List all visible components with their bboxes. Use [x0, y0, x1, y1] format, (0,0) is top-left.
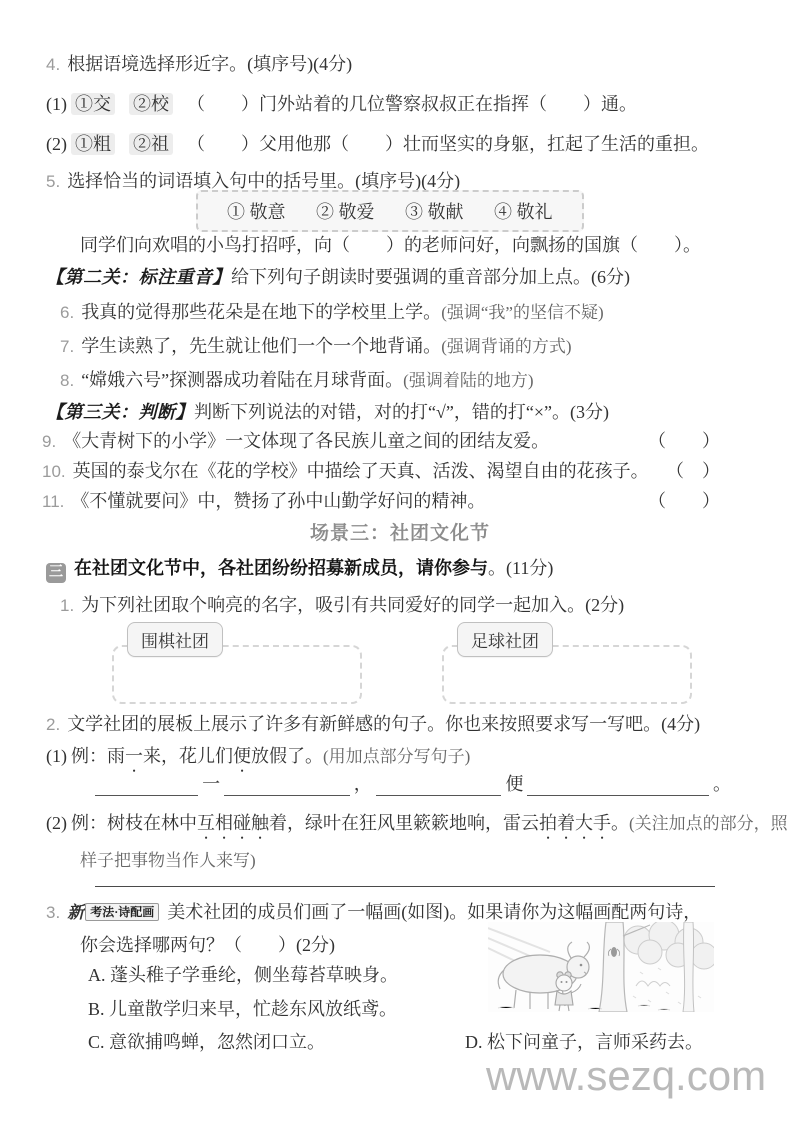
word-bank-option: ① 敬意: [227, 202, 286, 222]
question-9: 9.《大青树下的小学》一文体现了各民族儿童之间的团结友爱。 （ ）: [42, 427, 720, 453]
word-bank-option: ③ 敬献: [405, 202, 464, 222]
question-8: 8.“嫦娥六号”探测器成功着陆在月球背面。(强调着陆的地方): [60, 366, 534, 392]
question-text: 我真的觉得那些花朵是在地下的学校里上学。: [81, 302, 441, 322]
item-prefix: (1): [46, 94, 67, 114]
item-prefix: (2): [46, 813, 67, 833]
part3-question-1: 1.为下列社团取个响亮的名字，吸引有共同爱好的同学一起加入。(2分): [60, 591, 624, 617]
example-text: 例：树枝在林中: [71, 813, 197, 833]
question-number: 8.: [60, 371, 74, 390]
example-text: 放假了。: [251, 746, 323, 766]
blank-underline: [376, 773, 502, 796]
blank-underline: [224, 773, 350, 796]
item-prefix: (1): [46, 746, 67, 766]
question-text: 《不懂就要问》中，赞扬了孙中山勤学好问的精神。: [71, 491, 485, 511]
example-text: 着，绿叶在狂风里簌簌地响，雷云: [269, 813, 539, 833]
question-4-item-2: (2)①粗②祖（ ）父用他那（ ）壮而坚实的身躯，扛起了生活的重担。: [46, 130, 709, 156]
question-text: 学生读熟了，先生就让他们一个一个地背诵。: [81, 336, 441, 356]
choice-chip: ①粗: [71, 133, 115, 155]
question-hint: (强调背诵的方式): [441, 337, 571, 356]
poem-picture-tag: 考法·诗配画: [85, 903, 159, 921]
choice-chip: ②校: [129, 93, 173, 115]
part3-question-3-line2: 你会选择哪两句？（ ）(2分): [80, 931, 335, 957]
part3-question-3-line1: 3.新考法·诗配画美术社团的成员们画了一幅画(如图)。如果请你为这幅画配两句诗，: [46, 898, 701, 924]
judge-text: 10.英国的泰戈尔在《花的学校》中描绘了天真、活泼、渴望自由的花孩子。: [42, 457, 649, 483]
site-watermark: www.sezq.com: [486, 1052, 766, 1100]
question-text: “嫦娥六号”探测器成功着陆在月球背面。: [81, 370, 403, 390]
section-text: 给下列句子朗读时要强调的重音部分加上点。(6分): [231, 267, 630, 287]
judge-text: 9.《大青树下的小学》一文体现了各民族儿童之间的团结友爱。: [42, 427, 549, 453]
question-number: 5.: [46, 172, 60, 191]
question-text: 《大青树下的小学》一文体现了各民族儿童之间的团结友爱。: [63, 431, 549, 451]
word-bank-option: ④ 敬礼: [494, 202, 553, 222]
answer-line: [95, 866, 715, 887]
question-text: 为下列社团取个响亮的名字，吸引有共同爱好的同学一起加入。(2分): [81, 595, 624, 615]
section-text: 判断下列说法的对错，对的打“√”，错的打“×”。(3分): [194, 402, 609, 422]
section-pass2: 【第二关：标注重音】给下列句子朗读时要强调的重音部分加上点。(6分): [46, 263, 630, 289]
question-hint: (强调“我”的坚信不疑): [441, 303, 603, 322]
intro-score: 。(11分): [488, 558, 553, 578]
emphasized-phrase: 互相碰触: [197, 813, 269, 833]
option-d: D. 松下问童子，言师采药去。: [465, 1028, 703, 1054]
question-7: 7.学生读熟了，先生就让他们一个一个地背诵。(强调背诵的方式): [60, 332, 572, 358]
question-6: 6.我真的觉得那些花朵是在地下的学校里上学。(强调“我”的坚信不疑): [60, 298, 604, 324]
fill-blank-line: 一 ， 便 。: [95, 770, 735, 796]
question-number: 3.: [46, 903, 60, 922]
question-text: 文学社团的展板上展示了许多有新鲜感的句子。你也来按照要求写一写吧。(4分): [67, 714, 700, 734]
choice-chip: ①交: [71, 93, 115, 115]
example-text: 例：雨: [71, 746, 125, 766]
answer-paren: （ ）: [666, 457, 720, 483]
scene-heading: 场景三：社团文化节: [0, 518, 800, 545]
club-label-soccer: 足球社团: [457, 622, 553, 657]
question-10: 10.英国的泰戈尔在《花的学校》中描绘了天真、活泼、渴望自由的花孩子。 （ ）: [42, 457, 720, 483]
question-text: 根据语境选择形近字。(填序号)(4分): [67, 54, 352, 74]
club-label-weiqi: 围棋社团: [127, 622, 223, 657]
question-text: 选择恰当的词语填入句中的括号里。(填序号)(4分): [67, 171, 460, 191]
blank-connector: ，: [354, 770, 372, 796]
question-number: 11.: [42, 492, 64, 511]
part3-intro: 三在社团文化节中，各社团纷纷招募新成员，请你参与。(11分): [46, 554, 553, 583]
word-bank-option: ② 敬爱: [316, 202, 375, 222]
poem-illustration: [488, 922, 714, 1012]
question-number: 7.: [60, 337, 74, 356]
question-number: 6.: [60, 303, 74, 322]
answer-paren: （ ）: [648, 427, 720, 453]
item-text: （ ）父用他那（ ）壮而坚实的身躯，扛起了生活的重担。: [187, 134, 709, 154]
question-number: 2.: [46, 715, 60, 734]
cowherd-ox-tree-drawing: [488, 922, 714, 1012]
question-number: 10.: [42, 462, 66, 481]
part3-question-2: 2.文学社团的展板上展示了许多有新鲜感的句子。你也来按照要求写一写吧。(4分): [46, 710, 700, 736]
example-text: 来，花儿们: [143, 746, 233, 766]
emphasized-char: 一: [125, 746, 143, 766]
question-text: 美术社团的成员们画了一幅画(如图)。如果请你为这幅画配两句诗，: [167, 902, 701, 922]
answer-paren: （ ）: [648, 487, 720, 513]
question-number: 4.: [46, 55, 60, 74]
question-4-item-1: (1)①交②校（ ）门外站着的几位警察叔叔正在指挥（ ）通。: [46, 90, 637, 116]
question-hint: (强调着陆的地方): [403, 371, 533, 390]
intro-bold-text: 在社团文化节中，各社团纷纷招募新成员，请你参与: [74, 558, 488, 578]
section-three-badge: 三: [46, 563, 66, 583]
blank-underline: [527, 773, 709, 796]
word-bank: ① 敬意 ② 敬爱 ③ 敬献 ④ 敬礼: [196, 190, 584, 232]
question-4: 4.根据语境选择形近字。(填序号)(4分): [46, 50, 352, 76]
blank-underline: [95, 773, 198, 796]
question-number: 1.: [60, 596, 74, 615]
section-tag: 【第三关：判断】: [46, 402, 194, 422]
option-c: C. 意欲捕鸣蝉，忽然闭口立。: [88, 1028, 325, 1054]
section-pass3: 【第三关：判断】判断下列说法的对错，对的打“√”，错的打“×”。(3分): [46, 398, 609, 424]
question-5-sentence: 同学们向欢唱的小鸟打招呼，向（ ）的老师问好，向飘扬的国旗（ ）。: [80, 231, 701, 257]
section-tag: 【第二关：标注重音】: [46, 267, 231, 287]
judge-text: 11.《不懂就要问》中，赞扬了孙中山勤学好问的精神。: [42, 487, 485, 513]
blank-connector: 一: [202, 770, 220, 796]
question-number: 9.: [42, 432, 56, 451]
question-hint: (用加点部分写句子): [323, 747, 470, 766]
new-method-label: 新: [67, 903, 84, 922]
option-a: A. 蓬头稚子学垂纶，侧坐莓苔草映身。: [88, 961, 398, 987]
choice-chip: ②祖: [129, 133, 173, 155]
item-prefix: (2): [46, 134, 67, 154]
emphasized-phrase: 拍着大手: [539, 813, 611, 833]
worksheet-page: 4.根据语境选择形近字。(填序号)(4分) (1)①交②校（ ）门外站着的几位警…: [0, 0, 800, 1131]
question-11: 11.《不懂就要问》中，赞扬了孙中山勤学好问的精神。 （ ）: [42, 487, 720, 513]
item-text: （ ）门外站着的几位警察叔叔正在指挥（ ）通。: [187, 94, 637, 114]
option-b: B. 儿童散学归来早，忙趁东风放纸鸢。: [88, 995, 397, 1021]
question-text: 英国的泰戈尔在《花的学校》中描绘了天真、活泼、渴望自由的花孩子。: [73, 461, 649, 481]
blank-connector: 。: [713, 770, 731, 796]
emphasized-char: 便: [233, 746, 251, 766]
blank-connector: 便: [505, 770, 523, 796]
example-text: 。: [611, 813, 629, 833]
